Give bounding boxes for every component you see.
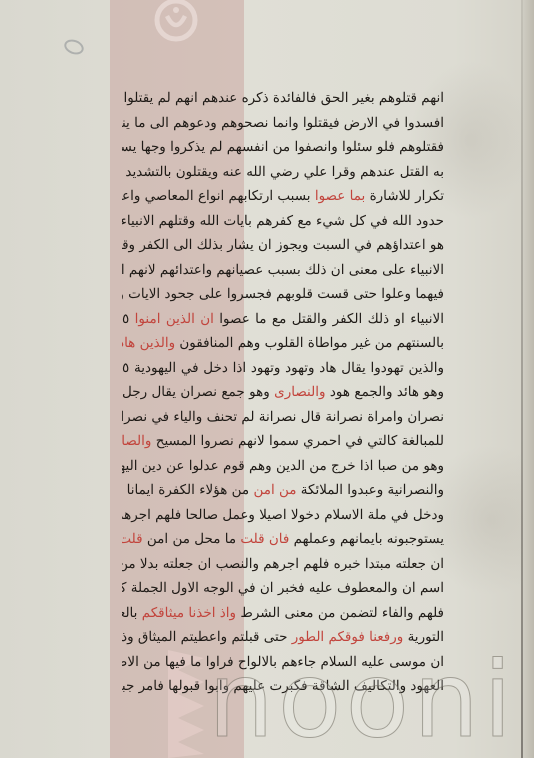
text-line: وهو هائد والجمع هود والنصارى وهو جمع نصر… [122, 380, 444, 405]
rubric-text: والذين هادوا [122, 335, 175, 351]
body-text: فلهم والفاء لتضمن من معنى الشرط [236, 605, 444, 621]
body-text: من هؤلاء الكفرة ايمانا خالصا [122, 482, 253, 498]
body-text: فقتلوهم فلو سئلوا وانصفوا من انفسهم لم ي… [122, 139, 444, 155]
body-text: وهو هائد والجمع هود [326, 384, 444, 400]
rubric-text: قلت [122, 531, 143, 547]
body-text: والنصرانية وعبدوا الملائكة [297, 482, 445, 498]
body-text: نصران وامراة نصرانة قال نصرانة لم تحنف و… [122, 409, 444, 425]
rubric-text: من امن [253, 482, 296, 498]
body-text: تكرار للاشارة [365, 188, 444, 204]
body-text: بسبب ارتكابهم انواع المعاصي واعتدائهم [122, 188, 315, 204]
text-line: للمبالغة كالتي في احمري سموا لانهم نصروا… [122, 429, 444, 454]
text-line: والنصرانية وعبدوا الملائكة من امن من هؤل… [122, 478, 444, 503]
body-text: هو اعتداؤهم في السبت ويجوز ان يشار بذلك … [122, 237, 444, 253]
text-line: انهم قتلوهم بغير الحق فالفائدة ذكره عنده… [122, 86, 444, 111]
manuscript-page: انهم قتلوهم بغير الحق فالفائدة ذكره عنده… [0, 0, 534, 758]
body-text: ما محل من امن [143, 531, 241, 547]
manuscript-text-block: انهم قتلوهم بغير الحق فالفائدة ذكره عنده… [122, 86, 444, 699]
rubric-text: واذ اخذنا ميثاقكم [142, 605, 236, 621]
body-text: افسدوا في الارض فيقتلوا وانما نصحوهم ودع… [122, 115, 444, 131]
body-text: الانبياء على معنى ان ذلك بسبب عصيانهم وا… [122, 262, 444, 278]
text-line: الانبياء او ذلك الكفر والقتل مع ما عصوا … [122, 307, 444, 332]
body-text: وهو من صبا اذا خرج من الدين وهم قوم عدلو… [122, 458, 444, 474]
text-line: فقتلوهم فلو سئلوا وانصفوا من انفسهم لم ي… [122, 135, 444, 160]
text-line: فلهم والفاء لتضمن من معنى الشرط واذ اخذن… [122, 601, 444, 626]
margin-ink-mark [62, 37, 86, 57]
body-text: الانبياء او ذلك الكفر والقتل مع ما عصوا [214, 311, 444, 327]
text-line: افسدوا في الارض فيقتلوا وانما نصحوهم ودع… [122, 111, 444, 136]
rubric-text: بما عصوا [315, 188, 365, 204]
text-line: وهو من صبا اذا خرج من الدين وهم قوم عدلو… [122, 454, 444, 479]
rubric-text: ورفعنا فوقكم الطور [292, 629, 404, 645]
body-text: والذين تهودوا يقال هاد وتهود وتهود اذا د… [122, 360, 444, 376]
body-text: انهم قتلوهم بغير الحق فالفائدة ذكره عنده… [122, 90, 444, 106]
rubric-text: والصابئين [122, 433, 151, 449]
rubric-text: فان قلت [240, 531, 289, 547]
rubric-text: والنصارى [274, 384, 325, 400]
text-line: فيهما وعلوا حتى قست قلوبهم فجسروا على جح… [122, 282, 444, 307]
body-text: وهو جمع نصران يقال رجل [122, 384, 274, 400]
text-line: هو اعتداؤهم في السبت ويجوز ان يشار بذلك … [122, 233, 444, 258]
body-text: حتى قبلتم واعطيتم الميثاق وذلك [122, 629, 292, 645]
noon-circle-logo-icon [152, 0, 200, 46]
text-line: به القتل عندهم وقرا علي رضي الله عنه ويق… [122, 160, 444, 185]
body-text: بالسنتهم من غير مواطاة القلوب وهم المناف… [175, 335, 444, 351]
text-line: الانبياء على معنى ان ذلك بسبب عصيانهم وا… [122, 258, 444, 283]
text-line: ودخل في ملة الاسلام دخولا اصيلا وعمل صال… [122, 503, 444, 528]
body-text: اسم ان والمعطوف عليه فخبر ان في الوجه ال… [122, 580, 444, 596]
body-text: به القتل عندهم وقرا علي رضي الله عنه ويق… [122, 164, 444, 180]
text-line: تكرار للاشارة بما عصوا بسبب ارتكابهم انو… [122, 184, 444, 209]
text-line: بالسنتهم من غير مواطاة القلوب وهم المناف… [122, 331, 444, 356]
body-text: يستوجبونه بايمانهم وعملهم [289, 531, 444, 547]
body-text: حدود الله في كل شيء مع كفرهم بايات الله … [122, 213, 444, 229]
text-line: حدود الله في كل شيء مع كفرهم بايات الله … [122, 209, 444, 234]
watermark-text: noonin [208, 650, 534, 750]
body-text: ودخل في ملة الاسلام دخولا اصيلا وعمل صال… [122, 507, 444, 523]
body-text: التورية [403, 629, 444, 645]
text-line: يستوجبونه بايمانهم وعملهم فان قلت ما محل… [122, 527, 444, 552]
text-line: ان جعلته مبتدا خبره فلهم اجرهم والنصب ان… [122, 552, 444, 577]
text-line: نصران وامراة نصرانة قال نصرانة لم تحنف و… [122, 405, 444, 430]
text-line: التورية ورفعنا فوقكم الطور حتى قبلتم واع… [122, 625, 444, 650]
rubric-text: ان الذين امنوا [135, 311, 214, 327]
body-text: ٥ [122, 311, 135, 327]
body-text: للمبالغة كالتي في احمري سموا لانهم نصروا… [151, 433, 444, 449]
text-line: اسم ان والمعطوف عليه فخبر ان في الوجه ال… [122, 576, 444, 601]
page-gutter-shadow [523, 0, 534, 758]
body-text: ان جعلته مبتدا خبره فلهم اجرهم والنصب ان… [122, 556, 444, 572]
body-text: فيهما وعلوا حتى قست قلوبهم فجسروا على جح… [122, 286, 444, 302]
body-text: بالعمل على ما في [122, 605, 142, 621]
text-line: والذين تهودوا يقال هاد وتهود وتهود اذا د… [122, 356, 444, 381]
